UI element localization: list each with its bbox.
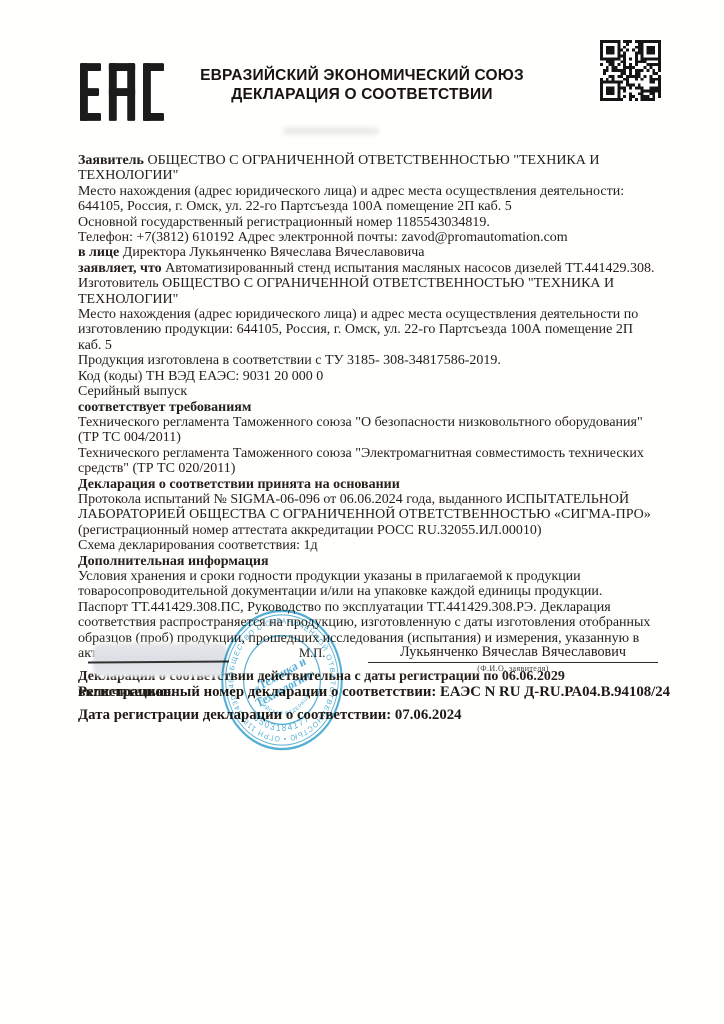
paragraph: Дополнительная информация — [78, 554, 656, 569]
qr-code — [600, 40, 661, 101]
text-run: ОБЩЕСТВО С ОГРАНИЧЕННОЙ ОТВЕТСТВЕННОСТЬЮ… — [78, 153, 600, 183]
text-run: Код (коды) ТН ВЭД ЕАЭС: 9031 20 000 0 — [78, 369, 323, 384]
text-run: Протокола испытаний № SIGMA-06-096 от 06… — [78, 492, 651, 522]
registration-date-line: Дата регистрации декларации о соответств… — [78, 707, 678, 724]
declarant-name-caption: (Ф.И.О. заявителя) — [368, 664, 658, 673]
eac-mark-logo — [80, 62, 164, 122]
paragraph: Условия хранения и сроки годности продук… — [78, 569, 656, 600]
text-run-bold: заявляет, что — [78, 261, 165, 276]
text-run: Технического регламента Таможенного союз… — [78, 446, 644, 476]
paragraph: Продукция изготовлена в соответствии с Т… — [78, 353, 656, 368]
text-run-bold: соответствует требованиям — [78, 400, 251, 415]
registration-number-line: Регистрационный номер декларации о соотв… — [78, 684, 678, 701]
text-run: Место нахождения (адрес юридического лиц… — [78, 307, 638, 353]
paragraph: Серийный выпуск — [78, 384, 656, 399]
text-run-bold: Дополнительная информация — [78, 554, 269, 569]
paragraph: заявляет, что Автоматизированный стенд и… — [78, 261, 656, 276]
text-run-bold: Заявитель — [78, 153, 147, 168]
paragraph: Декларация о соответствии принята на осн… — [78, 477, 656, 492]
paragraph: (регистрационный номер аттестата аккреди… — [78, 523, 656, 538]
stamp-place-label: М.П. — [299, 646, 325, 661]
paragraph: Заявитель ОБЩЕСТВО С ОГРАНИЧЕННОЙ ОТВЕТС… — [78, 153, 656, 184]
paragraph: соответствует требованиям — [78, 400, 656, 415]
title-line-union: ЕВРАЗИЙСКИЙ ЭКОНОМИЧЕСКИЙ СОЮЗ — [177, 66, 547, 85]
paragraph: Схема декларирования соответствия: 1д — [78, 538, 656, 553]
text-run: Место нахождения (адрес юридического лиц… — [78, 184, 624, 214]
paragraph: Технического регламента Таможенного союз… — [78, 415, 656, 446]
declarant-name: Лукьянченко Вячеслав Вячеславович — [368, 644, 658, 660]
paragraph: Основной государственный регистрационный… — [78, 215, 656, 230]
text-run-bold: в лице — [78, 245, 123, 260]
paragraph: Изготовитель ОБЩЕСТВО С ОГРАНИЧЕННОЙ ОТВ… — [78, 276, 656, 307]
paragraph: Телефон: +7(3812) 610192 Адрес электронн… — [78, 230, 656, 245]
paragraph: Технического регламента Таможенного союз… — [78, 446, 656, 477]
declaration-document-page: ЕВРАЗИЙСКИЙ ЭКОНОМИЧЕСКИЙ СОЮЗ ДЕКЛАРАЦИ… — [0, 0, 724, 1024]
scan-artifact — [283, 127, 379, 135]
text-run: Серийный выпуск — [78, 384, 187, 399]
text-run: Автоматизированный стенд испытания масля… — [165, 261, 654, 276]
text-run-bold: Декларация о соответствии принята на осн… — [78, 477, 400, 492]
text-run: Технического регламента Таможенного союз… — [78, 415, 643, 445]
text-run: Изготовитель ОБЩЕСТВО С ОГРАНИЧЕННОЙ ОТВ… — [78, 276, 614, 306]
text-run: Телефон: +7(3812) 610192 Адрес электронн… — [78, 230, 568, 245]
paragraph: Код (коды) ТН ВЭД ЕАЭС: 9031 20 000 0 — [78, 369, 656, 384]
text-run: Основной государственный регистрационный… — [78, 215, 490, 230]
text-run: Условия хранения и сроки годности продук… — [78, 569, 602, 599]
document-body: Заявитель ОБЩЕСТВО С ОГРАНИЧЕННОЙ ОТВЕТС… — [78, 153, 656, 700]
paragraph: Протокола испытаний № SIGMA-06-096 от 06… — [78, 492, 656, 523]
paragraph: Место нахождения (адрес юридического лиц… — [78, 307, 656, 353]
text-run: Схема декларирования соответствия: 1д — [78, 538, 318, 553]
title-line-declaration: ДЕКЛАРАЦИЯ О СООТВЕТСТВИИ — [177, 85, 547, 104]
paragraph: Место нахождения (адрес юридического лиц… — [78, 184, 656, 215]
declarant-signature-block: Лукьянченко Вячеслав Вячеславович (Ф.И.О… — [368, 644, 658, 673]
text-run: Продукция изготовлена в соответствии с Т… — [78, 353, 501, 368]
paragraph: в лице Директора Лукьянченко Вячеслава В… — [78, 245, 656, 260]
text-run: (регистрационный номер аттестата аккреди… — [78, 523, 542, 538]
declarant-name-underline — [368, 662, 658, 663]
document-title: ЕВРАЗИЙСКИЙ ЭКОНОМИЧЕСКИЙ СОЮЗ ДЕКЛАРАЦИ… — [177, 66, 547, 104]
text-run: Директора Лукьянченко Вячеслава Вячеслав… — [123, 245, 425, 260]
